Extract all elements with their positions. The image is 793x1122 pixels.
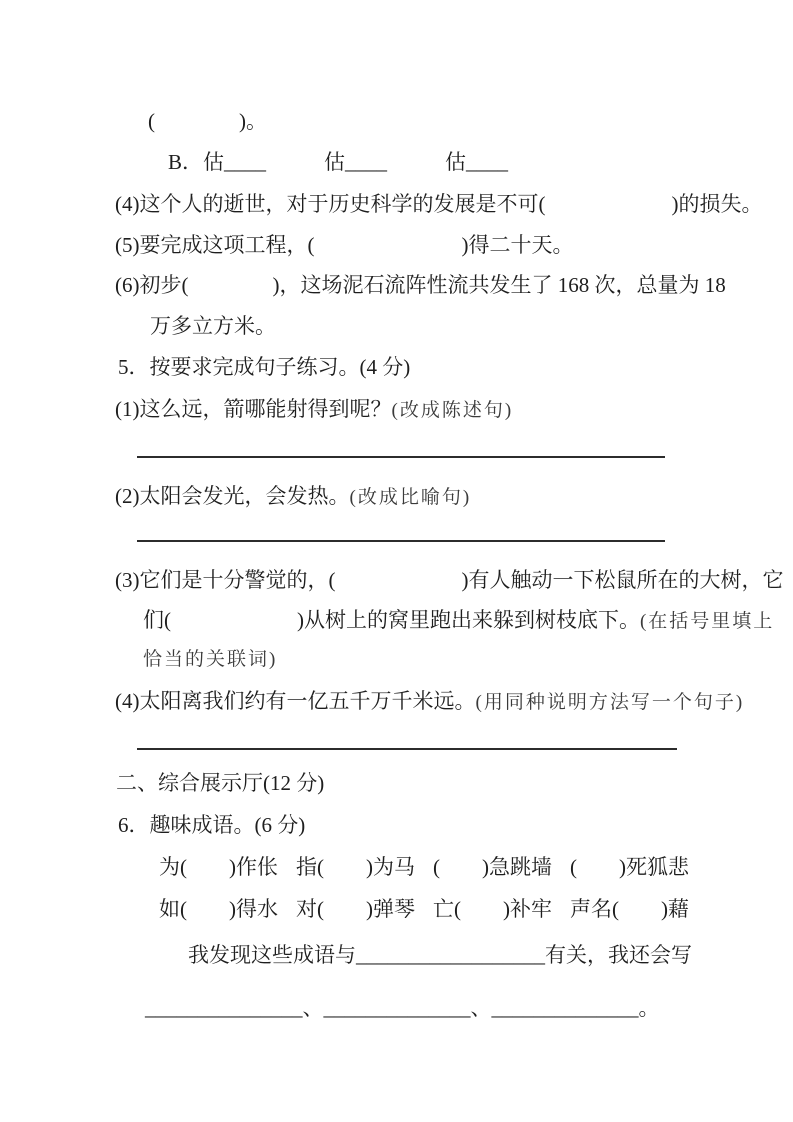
q4-item4: (4)这个人的逝世，对于历史科学的发展是不可( )的损失。 — [115, 191, 762, 217]
q4-item5: (5)要完成这项工程，( )得二十天。 — [115, 232, 573, 258]
idiom-blank: ( )急跳墙 — [433, 855, 552, 879]
q5-item1-text: (1)这么远，箭哪能射得到呢？ — [115, 397, 392, 421]
q6-write-blanks-line: _______________、______________、_________… — [145, 995, 660, 1021]
q5-item2-text: (2)太阳会发光，会发热。 — [115, 484, 350, 508]
q5-item3-line2-text: 们( )从树上的窝里跑出来躲到树枝底下。 — [143, 608, 640, 632]
q5-item2-note: (改成比喻句) — [350, 487, 472, 508]
worksheet-page: ( )。 B．估____估____估____ (4)这个人的逝世，对于历史科学的… — [0, 0, 793, 1122]
q5-item3-note-continuation: 恰当的关联词) — [143, 647, 277, 673]
q5-item3-line2-note: (在括号里填上 — [640, 611, 774, 632]
section2-heading: 二、综合展示厅(12 分) — [116, 770, 324, 796]
option-b-label: B． — [168, 150, 203, 174]
q5-item3-line2: 们( )从树上的窝里跑出来躲到树枝底下。(在括号里填上 — [143, 607, 774, 635]
q4-item3-carryover: ( )。 — [148, 108, 267, 134]
idiom-blank: 亡( )补牢 — [433, 897, 552, 921]
q5-item3-line1: (3)它们是十分警觉的，( )有人触动一下松鼠所在的大树，它 — [115, 567, 783, 593]
q5-item1-note: (改成陈述句) — [392, 400, 514, 421]
answer-line-1 — [137, 456, 665, 458]
q4-option-b: B．估____估____估____ — [168, 149, 508, 175]
idiom-row-2: 如( )得水对( )弹琴亡( )补牢声名( )藉 — [159, 896, 689, 922]
idiom-blank: ( )死狐悲 — [570, 855, 689, 879]
idiom-blank: 如( )得水 — [159, 897, 278, 921]
answer-line-2 — [137, 540, 665, 542]
q5-item1: (1)这么远，箭哪能射得到呢？(改成陈述句) — [115, 396, 513, 424]
option-b-blank-1: 估____ — [203, 150, 266, 174]
idiom-row-1: 为( )作伥指( )为马( )急跳墙( )死狐悲 — [159, 854, 689, 880]
idiom-blank: 对( )弹琴 — [296, 897, 415, 921]
q5-item4: (4)太阳离我们约有一亿五千万千米远。(用同种说明方法写一个句子) — [115, 688, 744, 716]
answer-line-3 — [137, 748, 677, 750]
q5-item4-note: (用同种说明方法写一个句子) — [476, 692, 745, 713]
option-b-blank-3: 估____ — [445, 150, 508, 174]
q5-item4-text: (4)太阳离我们约有一亿五千万千米远。 — [115, 689, 476, 713]
q6-discovery-line: 我发现这些成语与__________________有关，我还会写 — [188, 942, 692, 968]
option-b-blank-2: 估____ — [324, 150, 387, 174]
q6-heading: 6．趣味成语。(6 分) — [118, 812, 305, 838]
q4-item6-continuation: 万多立方米。 — [150, 313, 276, 339]
q4-item6: (6)初步( )，这场泥石流阵性流共发生了 168 次，总量为 18 — [115, 272, 726, 298]
idiom-blank: 为( )作伥 — [159, 855, 278, 879]
q5-item2: (2)太阳会发光，会发热。(改成比喻句) — [115, 483, 471, 511]
idiom-blank: 声名( )藉 — [570, 897, 689, 921]
idiom-blank: 指( )为马 — [296, 855, 415, 879]
q5-heading: 5．按要求完成句子练习。(4 分) — [118, 354, 410, 380]
